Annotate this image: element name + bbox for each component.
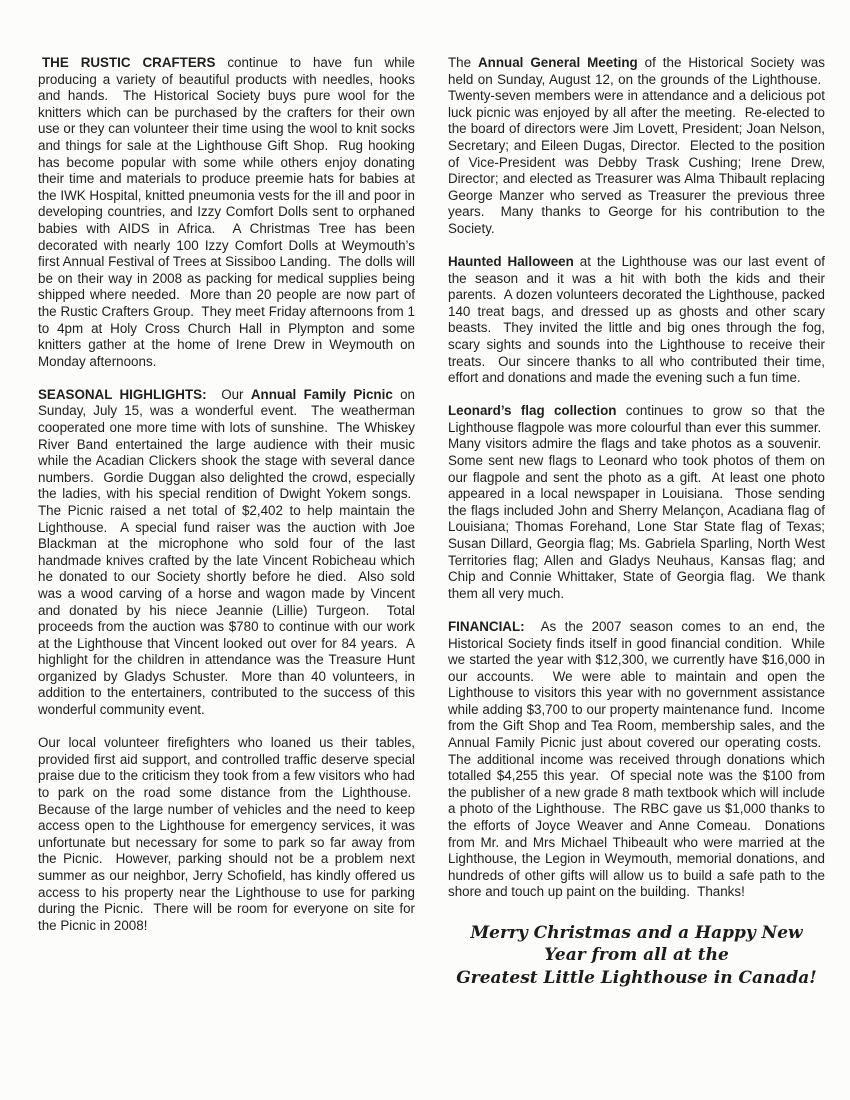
article-paragraph: FINANCIAL: As the 2007 season comes to a… (448, 619, 825, 901)
paragraph-text: continue to have fun while producing a v… (38, 55, 415, 369)
paragraph-text: continues to grow so that the Lighthouse… (448, 403, 825, 601)
paragraph-text: of the Historical Society was held on Su… (448, 55, 825, 236)
left-column: THE RUSTIC CRAFTERS continue to have fun… (38, 55, 415, 951)
article-paragraph: Leonard’s flag collection continues to g… (448, 403, 825, 602)
article-paragraph: THE RUSTIC CRAFTERS continue to have fun… (38, 55, 415, 370)
paragraph-text: Our (207, 387, 251, 402)
article-paragraph: SEASONAL HIGHLIGHTS: Our Annual Family P… (38, 387, 415, 719)
paragraph-text: on Sunday, July 15, was a wonderful even… (38, 387, 415, 717)
paragraph-bold-lead: Haunted Halloween (448, 254, 574, 269)
paragraph-bold-lead: Leonard’s flag collection (448, 403, 616, 418)
paragraph-text: As the 2007 season comes to an end, the … (448, 619, 825, 900)
newsletter-page: THE RUSTIC CRAFTERS continue to have fun… (0, 0, 850, 1100)
paragraph-bold-lead: THE RUSTIC CRAFTERS (42, 55, 215, 70)
paragraph-bold-lead: Annual General Meeting (478, 55, 638, 70)
paragraph-text: The (448, 55, 478, 70)
paragraph-bold-lead: SEASONAL HIGHLIGHTS: (38, 387, 207, 402)
article-paragraph: Our local volunteer firefighters who loa… (38, 735, 415, 934)
paragraph-text: at the Lighthouse was our last event of … (448, 254, 825, 385)
closing-message-line: Greatest Little Lighthouse in Canada! (448, 967, 825, 989)
article-paragraph: The Annual General Meeting of the Histor… (448, 55, 825, 238)
paragraph-bold-lead: FINANCIAL: (448, 619, 525, 634)
paragraph-bold-lead: Annual Family Picnic (251, 387, 393, 402)
closing-message: Merry Christmas and a Happy New Year fro… (448, 922, 825, 989)
paragraph-text: Our local volunteer firefighters who loa… (38, 735, 415, 933)
closing-message-line: Merry Christmas and a Happy New Year fro… (448, 922, 825, 967)
right-column: The Annual General Meeting of the Histor… (448, 55, 825, 989)
article-paragraph: Haunted Halloween at the Lighthouse was … (448, 254, 825, 387)
